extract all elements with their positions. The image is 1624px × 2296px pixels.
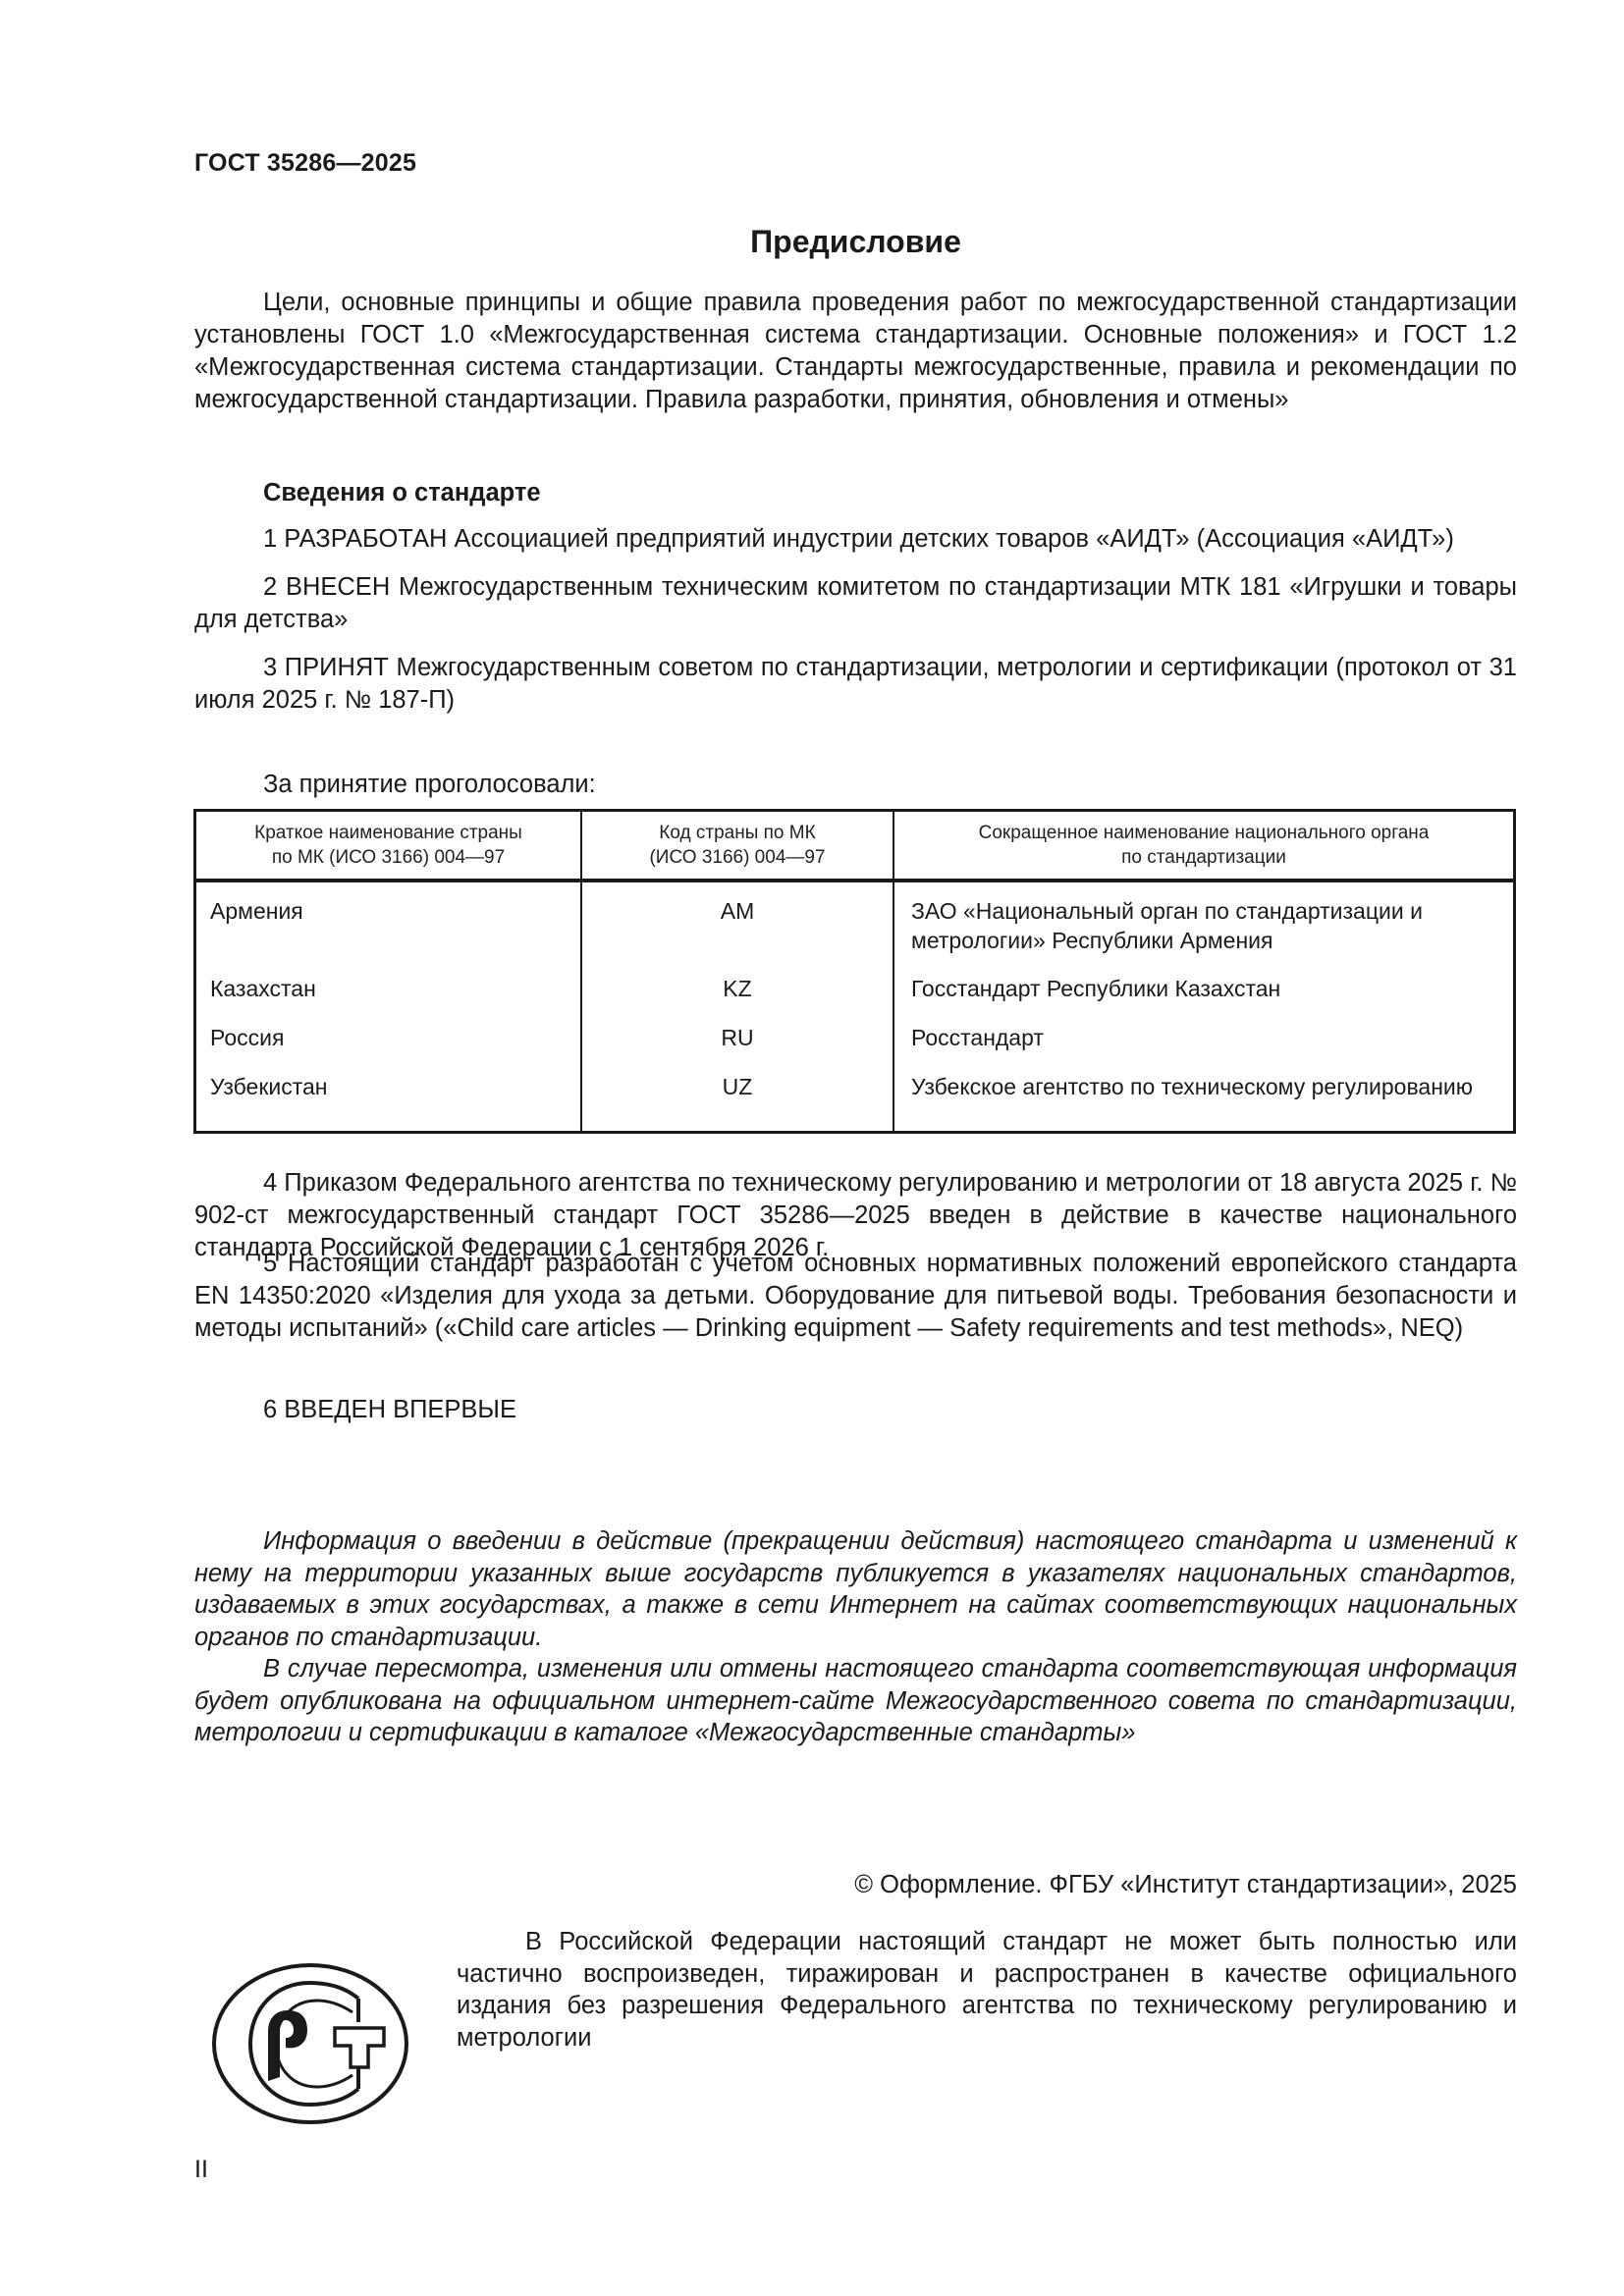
info-item-first-introduced-section: 6 ВВЕДЕН ВПЕРВЫЕ xyxy=(194,1394,1517,1426)
voting-countries-table: Краткое наименование страныпо МК (ИСО 31… xyxy=(193,809,1516,1134)
standard-info-items: 1 РАЗРАБОТАН Ассоциацией предприятий инд… xyxy=(194,523,1517,732)
document-page: ГОСТ 35286—2025 Предисловие Цели, основн… xyxy=(0,0,1624,2296)
running-header-standard-id: ГОСТ 35286—2025 xyxy=(194,149,416,178)
reproduction-notice-text: В Российской Федерации настоящий стандар… xyxy=(457,1926,1517,2054)
national-body: Узбекское агентство по техническому регу… xyxy=(911,1072,1510,1101)
intro-paragraph: Цели, основные принципы и общие правила … xyxy=(194,287,1517,416)
info-item-adopted: 3 ПРИНЯТ Межгосударственным советом по с… xyxy=(194,652,1517,717)
table-header-code: Код страны по МК(ИСО 3166) 004—97 xyxy=(582,821,893,870)
country-name: Россия xyxy=(210,1023,573,1052)
revision-note: В случае пересмотра, изменения или отмен… xyxy=(194,1653,1517,1749)
info-item-submitted: 2 ВНЕСЕН Межгосударственным техническим … xyxy=(194,571,1517,636)
national-body: Росстандарт xyxy=(911,1023,1510,1052)
country-code: AM xyxy=(582,896,893,926)
table-row: Узбекистан UZ Узбекское агентство по тех… xyxy=(196,1072,1513,1131)
country-code: UZ xyxy=(582,1072,893,1101)
publication-note: Информация о введении в действие (прекра… xyxy=(194,1525,1517,1653)
country-code: RU xyxy=(582,1023,893,1052)
standard-info-heading: Сведения о стандарте xyxy=(194,477,1517,509)
table-header-organ: Сокращенное наименование национального о… xyxy=(894,821,1513,870)
country-name: Армения xyxy=(210,896,573,926)
country-name: Казахстан xyxy=(210,974,573,1003)
info-item-basis: 5 Настоящий стандарт разработан с учетом… xyxy=(194,1248,1517,1345)
national-body: Госстандарт Республики Казахстан xyxy=(911,974,1510,1003)
rst-certification-mark-icon xyxy=(211,1961,409,2126)
info-item-basis-section: 5 Настоящий стандарт разработан с учетом… xyxy=(194,1248,1517,1345)
country-name: Узбекистан xyxy=(210,1072,573,1101)
publication-notes: Информация о введении в действие (прекра… xyxy=(194,1525,1517,1749)
table-header-double-rule xyxy=(196,879,1513,882)
vote-intro: За принятие проголосовали: xyxy=(194,769,1517,801)
reproduction-notice: В Российской Федерации настоящий стандар… xyxy=(457,1926,1517,2054)
info-item-first-introduced: 6 ВВЕДЕН ВПЕРВЫЕ xyxy=(194,1394,1517,1426)
page-number: II xyxy=(194,2156,208,2184)
table-row: Армения AM ЗАО «Национальный орган по ст… xyxy=(196,896,1513,955)
info-item-developed: 1 РАЗРАБОТАН Ассоциацией предприятий инд… xyxy=(194,523,1517,556)
copyright-line: © Оформление. ФГБУ «Институт стандартиза… xyxy=(854,1871,1517,1899)
country-code: KZ xyxy=(582,974,893,1003)
page-title: Предисловие xyxy=(194,224,1517,260)
vote-intro-section: За принятие проголосовали: xyxy=(194,769,1517,801)
national-body: ЗАО «Национальный орган по стандартизаци… xyxy=(911,896,1510,955)
intro-section: Цели, основные принципы и общие правила … xyxy=(194,287,1517,416)
table-header-country: Краткое наименование страныпо МК (ИСО 31… xyxy=(196,821,580,870)
standard-info-heading-section: Сведения о стандарте xyxy=(194,477,1517,509)
